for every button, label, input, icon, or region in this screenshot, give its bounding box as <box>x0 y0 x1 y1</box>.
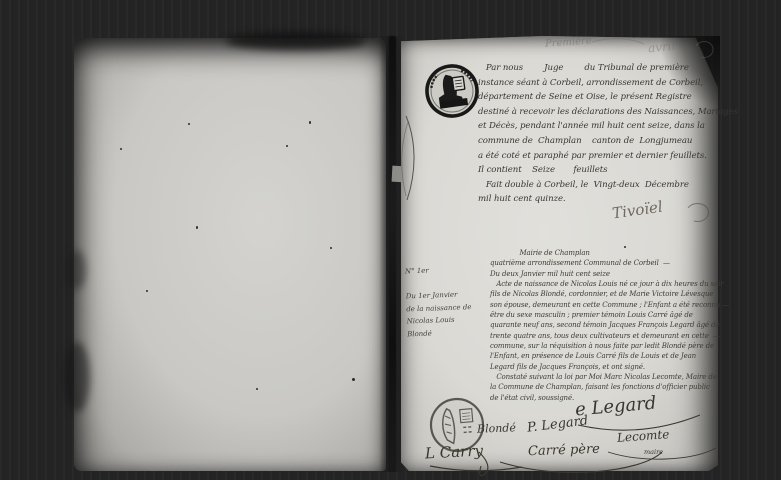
handwritten-line: Constaté suivant la loi par Moi Marc Nic… <box>490 372 720 382</box>
handwritten-line: être du sexe masculin ; premier témoin L… <box>490 310 720 320</box>
faint-annotation: avril <box>647 39 676 56</box>
paper-speck <box>286 145 288 147</box>
signature-lecomte-title: maire <box>644 448 663 456</box>
handwritten-line: instance séant à Corbeil, arrondissement… <box>478 76 722 91</box>
paper-speck <box>120 148 122 150</box>
handwritten-line: commune, sur la réquisition à nous faite… <box>490 341 720 351</box>
edge-smudge <box>226 32 366 50</box>
signature-carry: L Carry <box>425 441 484 462</box>
paper-speck <box>309 121 311 124</box>
handwritten-line: Legard fils de Jacques François, et ont … <box>490 362 720 372</box>
handwritten-line: Il contient Seize feuillets <box>478 163 722 178</box>
handwritten-line: Par nous Juge du Tribunal de première <box>478 61 722 76</box>
handwritten-line: Du deux Janvier mil huit cent seize <box>490 269 720 279</box>
pen-stroke <box>396 112 422 204</box>
handwritten-line: fils de Nicolas Blondé, cordonnier, et d… <box>490 289 720 299</box>
paper-speck <box>146 290 148 292</box>
paper-speck <box>188 123 190 125</box>
paper-speck <box>352 378 355 381</box>
handwritten-line: et Décès, pendant l'année mil huit cent … <box>478 119 722 134</box>
paper-speck <box>330 247 332 249</box>
handwritten-line: département de Seine et Oise, le présent… <box>478 90 722 105</box>
edge-smudge <box>66 250 86 290</box>
handwritten-line: mil huit cent quinze. <box>478 192 722 207</box>
signature-blonde: Blondé <box>477 421 516 435</box>
handwritten-line: destiné à recevoir les déclarations des … <box>478 105 722 120</box>
act-margin-note: N° 1er Du 1er Janvierde la naissance deN… <box>405 263 490 341</box>
register-opening-text: Par nous Juge du Tribunal de premièreins… <box>478 61 722 207</box>
handwritten-line: Acte de naissance de Nicolas Louis né ce… <box>490 279 720 289</box>
handwritten-line: son épouse, demeurant en cette Commune ;… <box>490 300 720 310</box>
left-blank-page <box>74 38 386 471</box>
handwritten-line: Fait double à Corbeil, le Vingt-deux Déc… <box>478 178 722 193</box>
signature-carre-pere: Carré père <box>528 442 600 459</box>
handwritten-line: Mairie de Champlan <box>490 248 720 258</box>
microfilm-scan: Première avril Par nous <box>0 0 781 480</box>
handwritten-line: trente quatre ans, tous deux cultivateur… <box>490 331 720 341</box>
handwritten-line: quarante neuf ans, second témoin Jacques… <box>490 320 720 330</box>
handwritten-line: la Commune de Champlan, faisant les fonc… <box>490 382 720 392</box>
paper-speck <box>196 226 198 229</box>
revenue-stamp-icon <box>420 59 483 122</box>
birth-act-text: Mairie de Champlanquatrième arrondisseme… <box>490 248 720 403</box>
binding-crack <box>389 36 396 472</box>
paper-speck <box>256 388 258 390</box>
handwritten-line: a été coté et paraphé par premier et der… <box>478 149 722 164</box>
edge-smudge <box>64 342 90 412</box>
handwritten-line: quatrième arrondissement Communal de Cor… <box>490 258 720 268</box>
handwritten-line: l'Enfant, en présence de Louis Carré fil… <box>490 351 720 361</box>
handwritten-line: commune de Champlan canton de Longjumeau <box>478 134 722 149</box>
